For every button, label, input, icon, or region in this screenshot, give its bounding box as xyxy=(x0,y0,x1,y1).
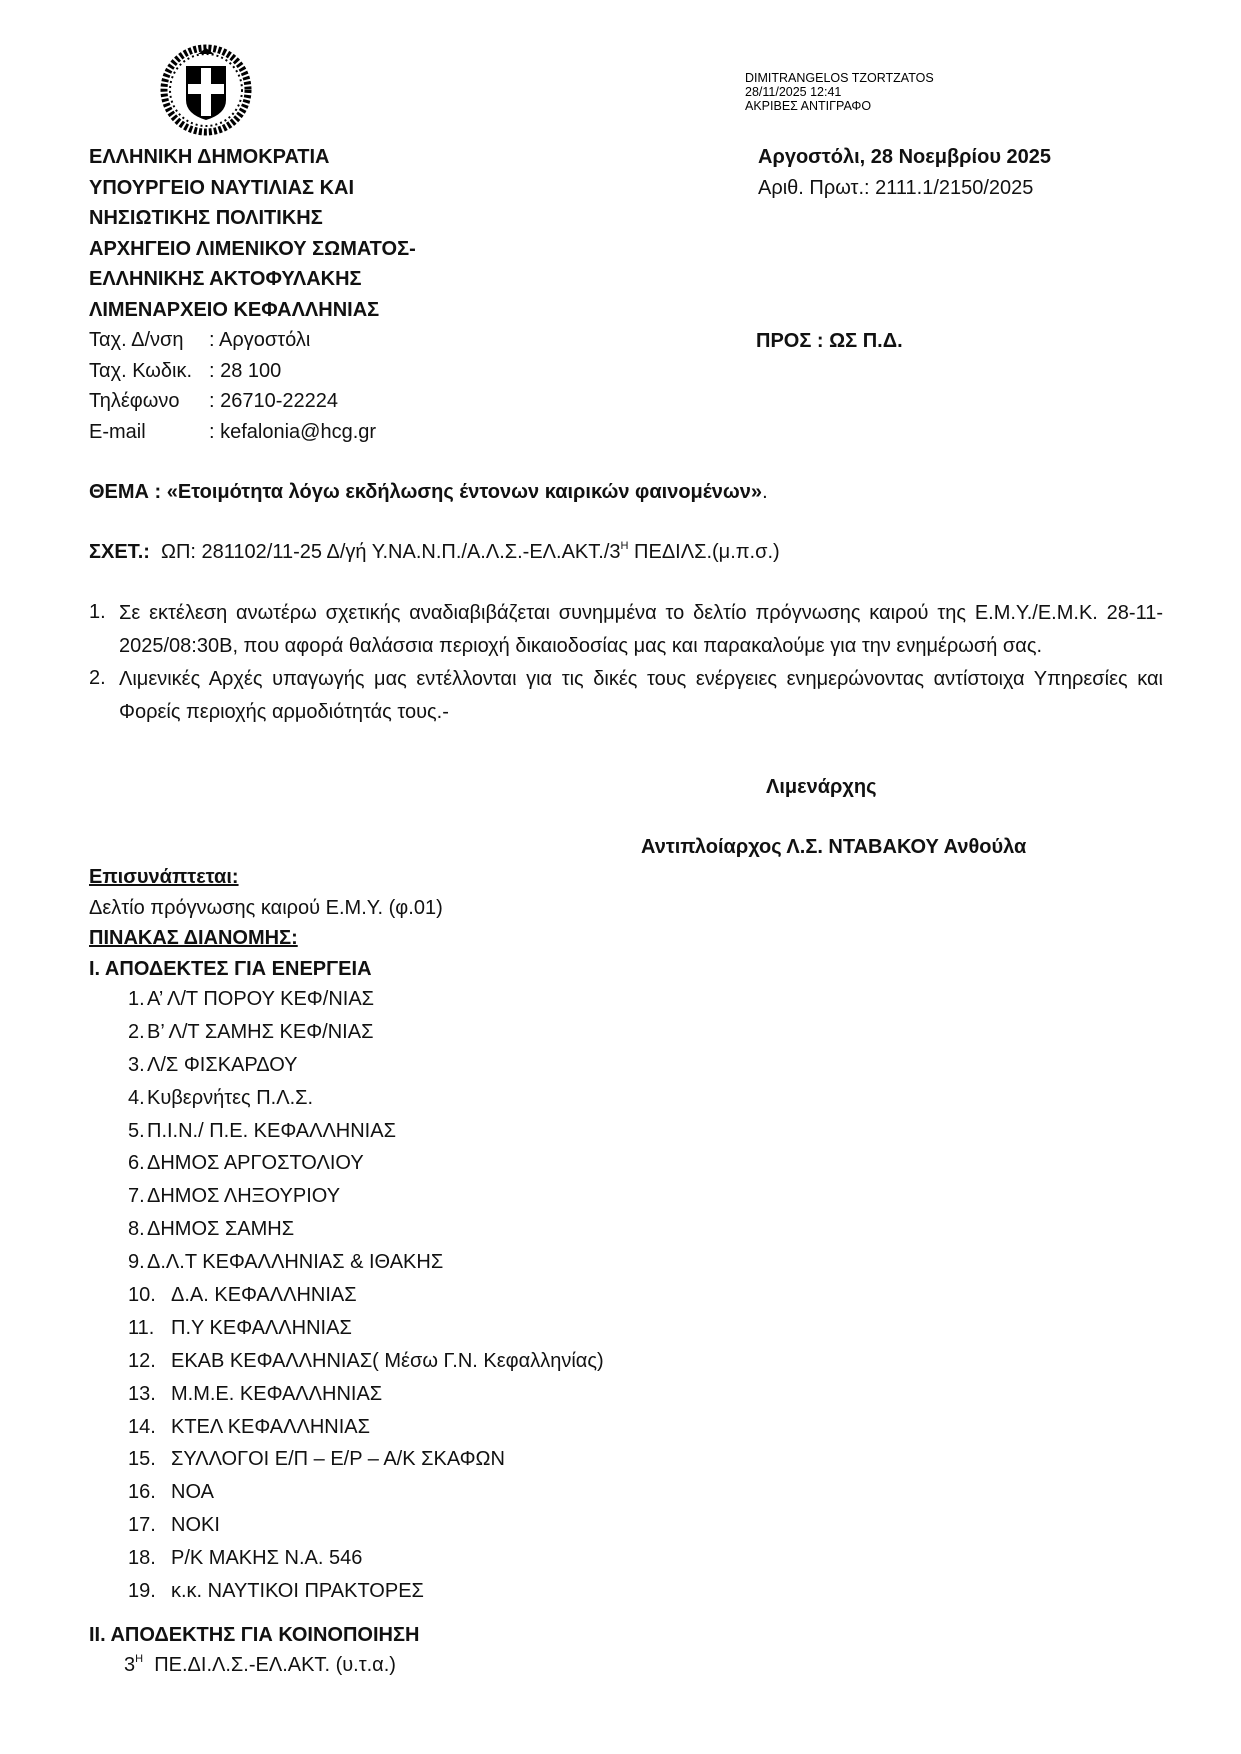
action-recipients-list: 1.Α’ Λ/Τ ΠΟΡΟΥ ΚΕΦ/ΝΙΑΣ2.Β’ Λ/Τ ΣΑΜΗΣ ΚΕ… xyxy=(128,983,604,1608)
list-item-number: 7. xyxy=(128,1180,147,1213)
list-item-text: ΕΚΑΒ ΚΕΦΑΛΛΗΝΙΑΣ( Μέσω Γ.Ν. Κεφαλληνίας) xyxy=(171,1345,604,1378)
document-page: DIMITRANGELOS TZORTZATOS 28/11/2025 12:4… xyxy=(0,0,1241,1754)
paragraph-text: Σε εκτέλεση ανωτέρω σχετικής αναδιαβιβάζ… xyxy=(119,597,1163,663)
date-protocol-block: Αργοστόλι, 28 Νοεμβρίου 2025 Αριθ. Πρωτ.… xyxy=(758,142,1051,203)
list-item-text: ΔΗΜΟΣ ΣΑΜΗΣ xyxy=(147,1213,294,1246)
distribution-list-item: 14.ΚΤΕΛ ΚΕΦΑΛΛΗΝΙΑΣ xyxy=(128,1411,604,1444)
contact-address: Ταχ. Δ/νση : Αργοστόλι xyxy=(89,325,416,356)
list-item-number: 18. xyxy=(128,1542,164,1575)
signatory-title: Λιμενάρχης xyxy=(766,772,877,803)
distribution-list-item: 6.ΔΗΜΟΣ ΑΡΓΟΣΤΟΛΙΟΥ xyxy=(128,1147,604,1180)
distribution-list-item: 3.Λ/Σ ΦΙΣΚΑΡΔΟΥ xyxy=(128,1049,604,1082)
issuer-line: ΑΡΧΗΓΕΙΟ ΛΙΜΕΝΙΚΟΥ ΣΩΜΑΤΟΣ- xyxy=(89,234,416,265)
signatory-name: Αντιπλοίαρχος Λ.Σ. ΝΤΑΒΑΚΟΥ Ανθούλα xyxy=(641,832,1026,863)
contact-email: E-mail : kefalonia@hcg.gr xyxy=(89,417,416,448)
body-paragraphs: 1. Σε εκτέλεση ανωτέρω σχετικής αναδιαβι… xyxy=(89,597,1163,729)
issuer-line: ΕΛΛΗΝΙΚΗ ΔΗΜΟΚΡΑΤΙΑ xyxy=(89,142,416,173)
contact-label: Ταχ. Κωδικ. xyxy=(89,356,209,387)
list-item-text: ΚΤΕΛ ΚΕΦΑΛΛΗΝΙΑΣ xyxy=(171,1411,370,1444)
list-item-text: Α’ Λ/Τ ΠΟΡΟΥ ΚΕΦ/ΝΙΑΣ xyxy=(147,983,374,1016)
cc-recipients-title: ΙΙ. ΑΠΟΔΕΚΤΗΣ ΓΙΑ ΚΟΙΝΟΠΟΙΗΣΗ xyxy=(89,1620,419,1651)
reference-label: ΣΧΕΤ.: xyxy=(89,541,150,563)
place-date: Αργοστόλι, 28 Νοεμβρίου 2025 xyxy=(758,142,1051,173)
list-item-text: ΣΥΛΛΟΓΟΙ Ε/Π – Ε/Ρ – Α/Κ ΣΚΑΦΩΝ xyxy=(171,1443,505,1476)
paragraph-number: 1. xyxy=(89,597,119,663)
issuer-line: ΥΠΟΥΡΓΕΙΟ ΝΑΥΤΙΛΙΑΣ ΚΑΙ xyxy=(89,173,416,204)
distribution-list-item: 11.Π.Υ ΚΕΦΑΛΛΗΝΙΑΣ xyxy=(128,1312,604,1345)
reference-text: ΩΠ: 281102/11-25 Δ/γή Υ.ΝΑ.Ν.Π./Α.Λ.Σ.-Ε… xyxy=(150,541,621,563)
distribution-list-item: 17.ΝΟΚΙ xyxy=(128,1509,604,1542)
distribution-list-item: 5.Π.Ι.Ν./ Π.Ε. ΚΕΦΑΛΛΗΝΙΑΣ xyxy=(128,1115,604,1148)
stamp-note: ΑΚΡΙΒΕΣ ΑΝΤΙΓΡΑΦΟ xyxy=(745,99,934,113)
list-item-number: 2. xyxy=(128,1016,147,1049)
list-item-number: 17. xyxy=(128,1509,164,1542)
subject-line: ΘΕΜΑ : «Ετοιμότητα λόγω εκδήλωσης έντονω… xyxy=(89,477,768,508)
list-item-number: 5. xyxy=(128,1115,147,1148)
contact-label: E-mail xyxy=(89,417,209,448)
protocol-number: Αριθ. Πρωτ.: 2111.1/2150/2025 xyxy=(758,173,1051,204)
list-item-text: Β’ Λ/Τ ΣΑΜΗΣ ΚΕΦ/ΝΙΑΣ xyxy=(147,1016,373,1049)
attachments-label: Επισυνάπτεται: xyxy=(89,862,443,893)
distribution-title: ΠΙΝΑΚΑΣ ΔΙΑΝΟΜΗΣ: xyxy=(89,923,443,954)
distribution-list-item: 2.Β’ Λ/Τ ΣΑΜΗΣ ΚΕΦ/ΝΙΑΣ xyxy=(128,1016,604,1049)
list-item-text: Π.Ι.Ν./ Π.Ε. ΚΕΦΑΛΛΗΝΙΑΣ xyxy=(147,1115,396,1148)
distribution-list-item: 7.ΔΗΜΟΣ ΛΗΞΟΥΡΙΟΥ xyxy=(128,1180,604,1213)
reference-line: ΣΧΕΤ.: ΩΠ: 281102/11-25 Δ/γή Υ.ΝΑ.Ν.Π./Α… xyxy=(89,537,780,568)
paragraph-number: 2. xyxy=(89,663,119,729)
distribution-list-item: 1.Α’ Λ/Τ ΠΟΡΟΥ ΚΕΦ/ΝΙΑΣ xyxy=(128,983,604,1016)
recipient-line: ΠΡΟΣ : ΩΣ Π.Δ. xyxy=(756,326,903,357)
contact-phone: Τηλέφωνο : 26710-22224 xyxy=(89,386,416,417)
contact-postcode: Ταχ. Κωδικ. : 28 100 xyxy=(89,356,416,387)
list-item-number: 3. xyxy=(128,1049,147,1082)
list-item-number: 12. xyxy=(128,1345,164,1378)
body-paragraph: 1. Σε εκτέλεση ανωτέρω σχετικής αναδιαβι… xyxy=(89,597,1163,663)
list-item-number: 1. xyxy=(128,983,147,1016)
list-item-number: 6. xyxy=(128,1147,147,1180)
list-item-number: 15. xyxy=(128,1443,164,1476)
contact-value: : kefalonia@hcg.gr xyxy=(209,417,376,448)
contact-label: Τηλέφωνο xyxy=(89,386,209,417)
distribution-list-item: 18.Ρ/Κ ΜΑΚΗΣ Ν.Α. 546 xyxy=(128,1542,604,1575)
list-item-text: Π.Υ ΚΕΦΑΛΛΗΝΙΑΣ xyxy=(171,1312,352,1345)
list-item-number: 19. xyxy=(128,1575,164,1608)
contact-value: : 26710-22224 xyxy=(209,386,338,417)
digital-signature-stamp: DIMITRANGELOS TZORTZATOS 28/11/2025 12:4… xyxy=(745,71,934,113)
list-item-text: ΔΗΜΟΣ ΑΡΓΟΣΤΟΛΙΟΥ xyxy=(147,1147,364,1180)
distribution-list-item: 19.κ.κ. ΝΑΥΤΙΚΟΙ ΠΡΑΚΤΟΡΕΣ xyxy=(128,1575,604,1608)
list-item-text: Δ.Α. ΚΕΦΑΛΛΗΝΙΑΣ xyxy=(171,1279,357,1312)
cc-item-text: ΠΕ.ΔΙ.Λ.Σ.-ΕΛ.ΑΚΤ. (υ.τ.α.) xyxy=(143,1654,396,1676)
list-item-text: Λ/Σ ΦΙΣΚΑΡΔΟΥ xyxy=(147,1049,297,1082)
distribution-list-item: 12.ΕΚΑΒ ΚΕΦΑΛΛΗΝΙΑΣ( Μέσω Γ.Ν. Κεφαλληνί… xyxy=(128,1345,604,1378)
list-item-number: 16. xyxy=(128,1476,164,1509)
distribution-list-item: 15.ΣΥΛΛΟΓΟΙ Ε/Π – Ε/Ρ – Α/Κ ΣΚΑΦΩΝ xyxy=(128,1443,604,1476)
cc-item-superscript: Η xyxy=(135,1653,143,1665)
stamp-signer: DIMITRANGELOS TZORTZATOS xyxy=(745,71,934,85)
subject-text: «Ετοιμότητα λόγω εκδήλωσης έντονων καιρι… xyxy=(167,481,762,503)
issuer-line: ΝΗΣΙΩΤΙΚΗΣ ΠΟΛΙΤΙΚΗΣ xyxy=(89,203,416,234)
list-item-number: 11. xyxy=(128,1312,164,1345)
list-item-text: Ρ/Κ ΜΑΚΗΣ Ν.Α. 546 xyxy=(171,1542,362,1575)
distribution-list-item: 13.Μ.Μ.Ε. ΚΕΦΑΛΛΗΝΙΑΣ xyxy=(128,1378,604,1411)
list-item-number: 9. xyxy=(128,1246,147,1279)
list-item-text: Μ.Μ.Ε. ΚΕΦΑΛΛΗΝΙΑΣ xyxy=(171,1378,382,1411)
contact-value: : Αργοστόλι xyxy=(209,325,310,356)
list-item-number: 8. xyxy=(128,1213,147,1246)
stamp-datetime: 28/11/2025 12:41 xyxy=(745,85,934,99)
list-item-text: Δ.Λ.Τ ΚΕΦΑΛΛΗΝΙΑΣ & ΙΘΑΚΗΣ xyxy=(147,1246,443,1279)
distribution-list-item: 9.Δ.Λ.Τ ΚΕΦΑΛΛΗΝΙΑΣ & ΙΘΑΚΗΣ xyxy=(128,1246,604,1279)
list-item-number: 13. xyxy=(128,1378,164,1411)
issuer-line: ΛΙΜΕΝΑΡΧΕΙΟ ΚΕΦΑΛΛΗΝΙΑΣ xyxy=(89,295,416,326)
list-item-number: 14. xyxy=(128,1411,164,1444)
distribution-list-item: 16.ΝΟΑ xyxy=(128,1476,604,1509)
action-recipients-title: Ι. ΑΠΟΔΕΚΤΕΣ ΓΙΑ ΕΝΕΡΓΕΙΑ xyxy=(89,954,443,985)
reference-text-after: ΠΕΔΙΛΣ.(μ.π.σ.) xyxy=(628,541,779,563)
issuer-line: ΕΛΛΗΝΙΚΗΣ ΑΚΤΟΦΥΛΑΚΗΣ xyxy=(89,264,416,295)
issuer-block: ΕΛΛΗΝΙΚΗ ΔΗΜΟΚΡΑΤΙΑ ΥΠΟΥΡΓΕΙΟ ΝΑΥΤΙΛΙΑΣ … xyxy=(89,142,416,447)
subject-label: ΘΕΜΑ : xyxy=(89,481,167,503)
list-item-text: ΝΟΚΙ xyxy=(171,1509,220,1542)
list-item-number: 10. xyxy=(128,1279,164,1312)
attachment-item: Δελτίο πρόγνωσης καιρού Ε.Μ.Υ. (φ.01) xyxy=(89,893,443,924)
list-item-text: κ.κ. ΝΑΥΤΙΚΟΙ ΠΡΑΚΤΟΡΕΣ xyxy=(171,1575,424,1608)
distribution-list-item: 4.Κυβερνήτες Π.Λ.Σ. xyxy=(128,1082,604,1115)
greek-coat-of-arms-icon xyxy=(156,44,256,136)
cc-recipient-item: 3Η ΠΕ.ΔΙ.Λ.Σ.-ΕΛ.ΑΚΤ. (υ.τ.α.) xyxy=(124,1650,396,1681)
contact-value: : 28 100 xyxy=(209,356,281,387)
distribution-list-item: 8.ΔΗΜΟΣ ΣΑΜΗΣ xyxy=(128,1213,604,1246)
list-item-text: ΔΗΜΟΣ ΛΗΞΟΥΡΙΟΥ xyxy=(147,1180,340,1213)
list-item-text: ΝΟΑ xyxy=(171,1476,214,1509)
attachments-block: Επισυνάπτεται: Δελτίο πρόγνωσης καιρού Ε… xyxy=(89,862,443,984)
body-paragraph: 2. Λιμενικές Αρχές υπαγωγής μας εντέλλον… xyxy=(89,663,1163,729)
contact-label: Ταχ. Δ/νση xyxy=(89,325,209,356)
list-item-text: Κυβερνήτες Π.Λ.Σ. xyxy=(147,1082,313,1115)
distribution-list-item: 10.Δ.Α. ΚΕΦΑΛΛΗΝΙΑΣ xyxy=(128,1279,604,1312)
list-item-number: 4. xyxy=(128,1082,147,1115)
cc-item-number: 3 xyxy=(124,1654,135,1676)
subject-tail: . xyxy=(762,481,768,503)
paragraph-text: Λιμενικές Αρχές υπαγωγής μας εντέλλονται… xyxy=(119,663,1163,729)
